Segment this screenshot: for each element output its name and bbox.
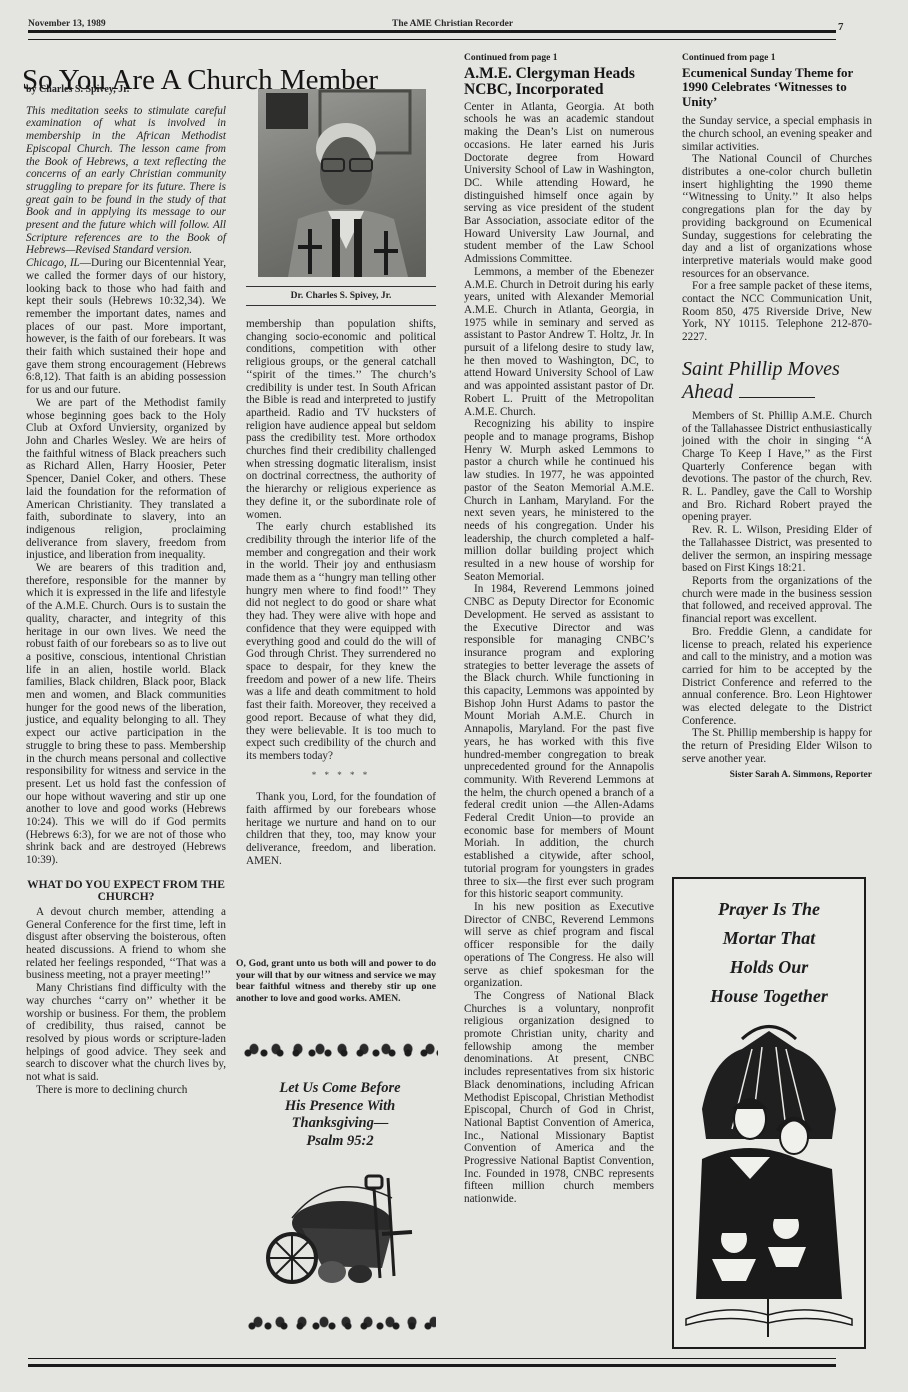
byline: by Charles S. Spivey, Jr. <box>26 84 226 97</box>
main-article-column-2: membership than population shifts, chang… <box>246 318 436 868</box>
continued-label: Continued from page 1 <box>464 52 654 65</box>
ecumenical-article: Continued from page 1 Ecumenical Sunday … <box>682 52 872 781</box>
prayer-box-title: Prayer Is The Mortar That Holds Our Hous… <box>674 895 864 1011</box>
issue-date: November 13, 1989 <box>28 19 106 29</box>
body-paragraph: The early church established its credibi… <box>246 521 436 762</box>
photo-caption: Dr. Charles S. Spivey, Jr. <box>246 286 436 306</box>
body-paragraph: Recognizing his ability to inspire peopl… <box>464 418 654 583</box>
body-paragraph: Center in Atlanta, Georgia. At both scho… <box>464 101 654 266</box>
newspaper-page: November 13, 1989 The AME Christian Reco… <box>0 0 908 1392</box>
thanksgiving-verse: Let Us Come Before His Presence With Tha… <box>240 1080 440 1150</box>
body-paragraph: Members of St. Phillip A.M.E. Church of … <box>682 410 872 524</box>
ecumenical-headline: Ecumenical Sunday Theme for 1990 Celebra… <box>682 66 872 110</box>
masthead-rule <box>28 30 836 40</box>
subheading: WHAT DO YOU EXPECT FROM THE CHURCH? <box>26 879 226 904</box>
main-article-column-1: by Charles S. Spivey, Jr. This meditatio… <box>26 84 226 1096</box>
ncbc-headline: A.M.E. Clergyman Heads NCBC, Incorporate… <box>464 66 654 99</box>
body-paragraph: Many Christians find difficulty with the… <box>26 982 226 1084</box>
reporter-credit: Sister Sarah A. Simmons, Reporter <box>682 769 872 782</box>
page-number: 7 <box>838 21 844 33</box>
body-paragraph: We are bearers of this tradition and, th… <box>26 562 226 867</box>
body-paragraph: For a free sample packet of these items,… <box>682 280 872 344</box>
dateline: Chicago, IL <box>26 257 80 269</box>
body-paragraph: A devout church member, attending a Gene… <box>26 906 226 982</box>
body-paragraph: Chicago, IL—During our Bicentennial Year… <box>26 257 226 397</box>
intro-paragraph: This meditation seeks to stimulate caref… <box>26 105 226 257</box>
vine-border-top-icon <box>242 1043 438 1063</box>
footer-rule <box>28 1358 836 1367</box>
saint-phillip-headline: Saint Phillip Moves Ahead <box>682 358 872 404</box>
portrait-image <box>258 89 426 277</box>
bold-prayer: O, God, grant unto us both will and powe… <box>236 958 436 1004</box>
body-paragraph: the Sunday service, a special emphasis i… <box>682 115 872 153</box>
section-separator: * * * * * <box>246 769 436 782</box>
body-paragraph: The St. Phillip membership is happy for … <box>682 727 872 765</box>
body-paragraph: In his new position as Executive Directo… <box>464 901 654 990</box>
prayer-ad-box: Prayer Is The Mortar That Holds Our Hous… <box>672 877 866 1349</box>
body-paragraph: The National Council of Churches distrib… <box>682 153 872 280</box>
body-paragraph: Rev. R. L. Wilson, Presiding Elder of th… <box>682 524 872 575</box>
body-paragraph: In 1984, Reverend Lemmons joined CNBC as… <box>464 583 654 901</box>
closing-prayer: Thank you, Lord, for the foundation of f… <box>246 791 436 867</box>
body-paragraph: membership than population shifts, chang… <box>246 318 436 521</box>
body-paragraph: We are part of the Methodist family whos… <box>26 397 226 562</box>
wheelbarrow-harvest-icon <box>262 1168 422 1286</box>
continued-label: Continued from page 1 <box>682 52 872 65</box>
body-paragraph: Reports from the organizations of the ch… <box>682 575 872 626</box>
body-paragraph: There is more to declining church <box>26 1084 226 1097</box>
body-paragraph: Bro. Freddie Glenn, a candidate for lice… <box>682 626 872 728</box>
author-photo <box>258 89 426 277</box>
praying-family-icon <box>682 1019 856 1339</box>
vine-border-bottom-icon <box>246 1316 436 1336</box>
body-paragraph: The Congress of National Black Churches … <box>464 990 654 1206</box>
publication-name: The AME Christian Recorder <box>392 19 513 29</box>
body-paragraph: Lemmons, a member of the Ebenezer A.M.E.… <box>464 266 654 418</box>
ncbc-article: Continued from page 1 A.M.E. Clergyman H… <box>464 52 654 1206</box>
